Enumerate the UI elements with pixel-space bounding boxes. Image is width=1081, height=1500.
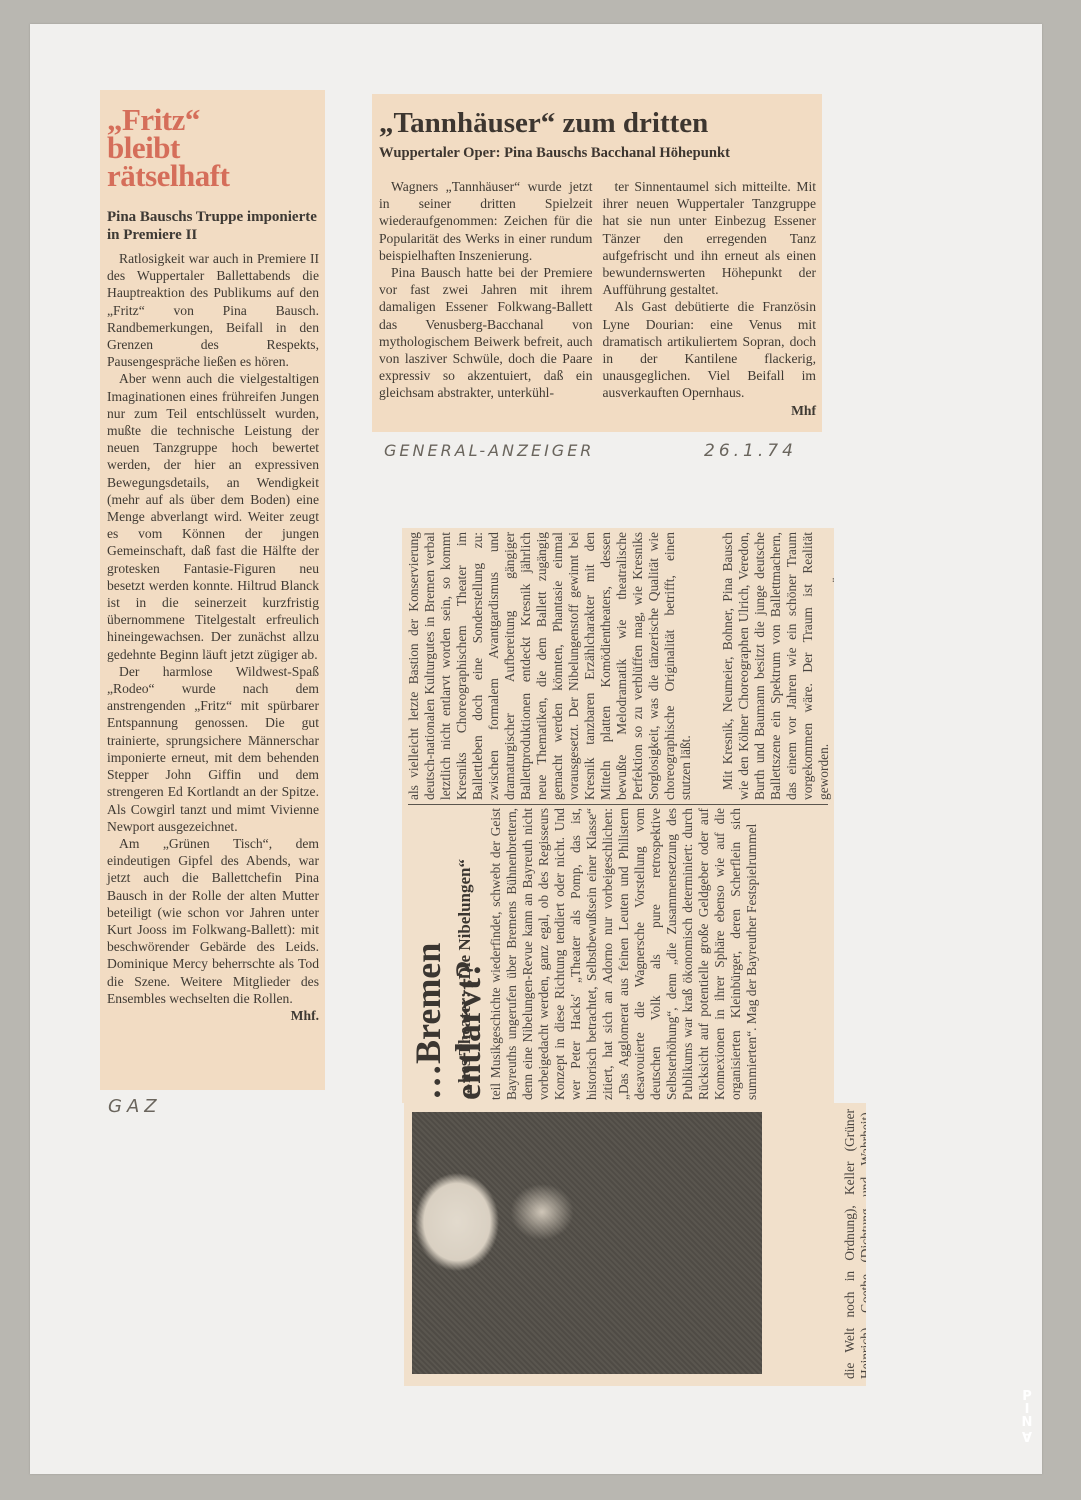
fritz-paragraph: Aber wenn auch die vielgestaltigen Imagi… (107, 370, 319, 662)
tannhaeuser-columns: Wagners „Tannhäuser“ wurde jetzt in sein… (379, 178, 816, 419)
logo-letter: A (1014, 1429, 1040, 1442)
tannhaeuser-column-1: Wagners „Tannhäuser“ wurde jetzt in sein… (379, 178, 593, 419)
tannhaeuser-paragraph: Wagners „Tannhäuser“ wurde jetzt in sein… (379, 178, 593, 264)
headline-line: rätselhaft (107, 162, 319, 190)
bremen-paragraph: teil Musikgeschichte wiederfindet, schwe… (488, 808, 760, 1100)
tannhaeuser-signature: Mhf (603, 402, 817, 419)
fritz-subheadline: Pina Bauschs Truppe imponierte in Premie… (107, 208, 319, 244)
handwritten-date: 26.1.74 (704, 441, 797, 461)
fritz-paragraph: Der harmlose Wildwest-Spaß „Rodeo“ wurde… (107, 663, 319, 835)
clipping-tannhaeuser: „Tannhäuser“ zum dritten Wuppertaler Ope… (372, 94, 822, 432)
tannhaeuser-column-2: ter Sinnentaumel sich mitteilte. Mit ihr… (603, 178, 817, 419)
bremen-column-a: teil Musikgeschichte wiederfindet, schwe… (488, 808, 760, 1100)
fritz-headline: „Fritz“ bleibt rätselhaft (107, 106, 319, 190)
clipping-bremen: Mit Kresnik, Neumeier, Bohner, Pina Baus… (402, 528, 834, 1103)
tannhaeuser-paragraph: Als Gast debütierte die Französin Lyne D… (603, 298, 817, 401)
bremen-headline: …Bremen entlarvt? (408, 800, 488, 1100)
bremen-column-c: Mit Kresnik, Neumeier, Bohner, Pina Baus… (720, 532, 834, 800)
photo-side-text: die Welt noch in Ordnung), Keller (Grüne… (842, 1109, 866, 1379)
pina-logo-icon: P I N A (1014, 1390, 1040, 1442)
bremen-column-b: als vielleicht letzte Bastion der Konser… (406, 532, 694, 800)
tannhaeuser-paragraph: Pina Bausch hatte bei der Premiere vor f… (379, 264, 593, 402)
bremen-subheadline: …hes Theater: „Die Nibelungen“ (454, 800, 476, 1100)
tannhaeuser-subheadline: Wuppertaler Oper: Pina Bauschs Bacchanal… (379, 144, 816, 162)
fritz-paragraph: Ratlosigkeit war auch in Premiere II des… (107, 250, 319, 370)
tannhaeuser-paragraph: ter Sinnentaumel sich mitteilte. Mit ihr… (603, 178, 817, 298)
tannhaeuser-headline: „Tannhäuser“ zum dritten (379, 106, 816, 140)
dancer-photo (412, 1112, 762, 1374)
clipping-fritz: „Fritz“ bleibt rätselhaft Pina Bauschs T… (100, 90, 325, 1090)
fritz-signature: Mhf. (107, 1007, 319, 1024)
fritz-paragraph: Am „Grünen Tisch“, dem eindeutigen Gipfe… (107, 835, 319, 1007)
bremen-paragraph: als vielleicht letzte Bastion der Konser… (406, 532, 694, 800)
bremen-paragraph: Mit Kresnik, Neumeier, Bohner, Pina Baus… (720, 532, 832, 800)
handwritten-source: GENERAL-ANZEIGER (384, 441, 594, 460)
bremen-author: FRIEDHELM SCHMÜLLING (832, 532, 834, 800)
handwritten-gaz-note: GAZ (108, 1096, 162, 1117)
